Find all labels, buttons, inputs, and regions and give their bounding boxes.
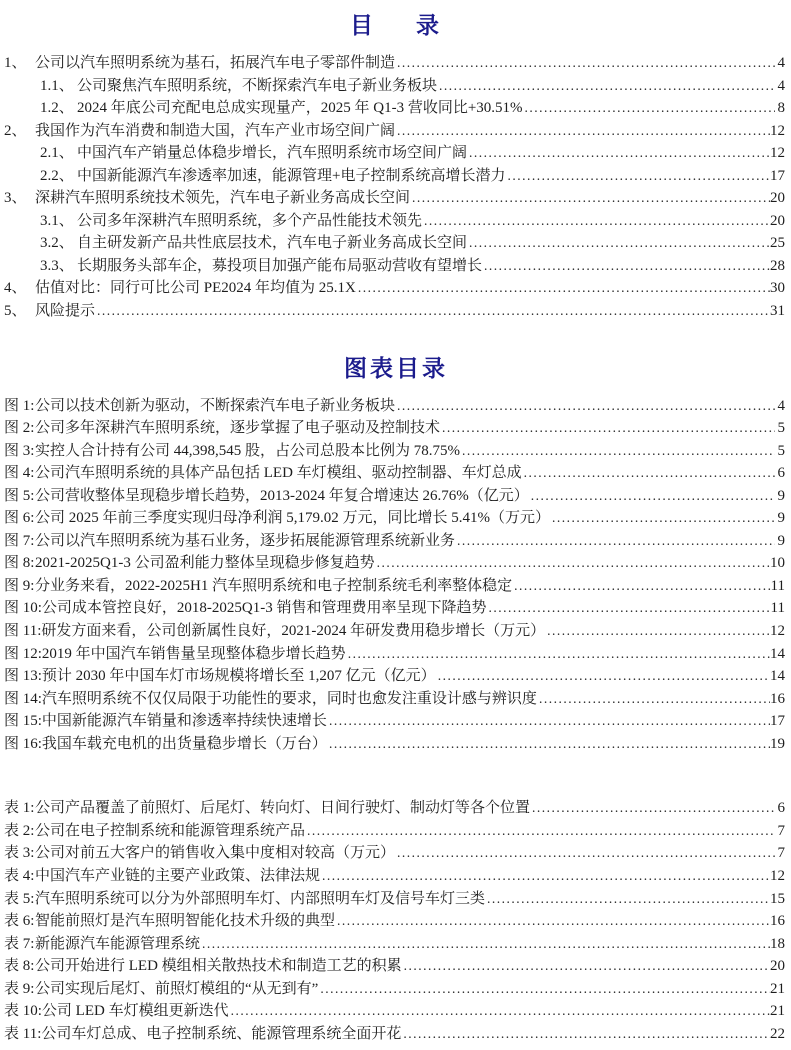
entry-title: 公司实现后尾灯、前照灯模组的“从无到有”	[35, 978, 318, 1001]
toc-entry[interactable]: 4、 估值对比：同行可比公司 PE2024 年均值为 25.1X 30	[4, 277, 785, 300]
entry-page-number: 31	[770, 300, 785, 323]
dot-leader	[412, 187, 770, 210]
entry-number: 1.2、	[40, 97, 77, 120]
entry-page-number: 15	[770, 888, 785, 911]
entry-page-number: 8	[775, 97, 785, 120]
entry-title: 我国车载充电机的出货量稳步增长（万台）	[42, 733, 327, 756]
entry-number: 2.1、	[40, 142, 77, 165]
dot-leader	[469, 232, 770, 255]
entry-title: 自主研发新产品共性底层技术，汽车电子新业务高成长空间	[77, 232, 467, 255]
toc-entry[interactable]: 3、 深耕汽车照明系统技术领先，汽车电子新业务高成长空间 20	[4, 187, 785, 210]
entry-number: 图 12:	[4, 643, 42, 666]
toc-entry[interactable]: 2.2、 中国新能源汽车渗透率加速，能源管理+电子控制系统高增长潜力 17	[4, 165, 785, 188]
entry-title: 估值对比：同行可比公司 PE2024 年均值为 25.1X	[35, 277, 356, 300]
entry-title: 中国新能源汽车销量和渗透率持续快速增长	[42, 710, 327, 733]
toc-entry[interactable]: 图 13: 预计 2030 年中国车灯市场规模将增长至 1,207 亿元（亿元）…	[4, 665, 785, 688]
dot-leader	[329, 710, 770, 733]
report-toc-page: 目 录 1、 公司以汽车照明系统为基石，拓展汽车电子零部件制造 4 1.1、 公…	[0, 0, 791, 1045]
entry-number: 表 6:	[4, 910, 35, 933]
dot-leader	[397, 52, 775, 75]
entry-page-number: 20	[770, 955, 785, 978]
entry-number: 3、	[4, 187, 35, 210]
entry-number: 图 3:	[4, 440, 35, 463]
entry-title: 公司对前五大客户的销售收入集中度相对较高（万元）	[35, 842, 395, 865]
dot-leader	[231, 1000, 770, 1023]
entry-title: 公司汽车照明系统的具体产品包括 LED 车灯模组、驱动控制器、车灯总成	[35, 462, 522, 485]
entry-number: 5、	[4, 300, 35, 323]
dot-leader	[547, 620, 770, 643]
toc-entry[interactable]: 表 9: 公司实现后尾灯、前照灯模组的“从无到有” 21	[4, 978, 785, 1001]
entry-title: 风险提示	[35, 300, 95, 323]
entry-title: 公司营收整体呈现稳步增长趋势，2013-2024 年复合增速达 26.76%（亿…	[35, 485, 529, 508]
entry-number: 4、	[4, 277, 35, 300]
entry-page-number: 4	[775, 395, 785, 418]
entry-number: 图 16:	[4, 733, 42, 756]
entry-title: 公司车灯总成、电子控制系统、能源管理系统全面开花	[41, 1023, 401, 1046]
entry-title: 中国汽车产业链的主要产业政策、法律法规	[35, 865, 320, 888]
entry-title: 2024 年底公司充配电总成实现量产，2025 年 Q1-3 营收同比+30.5…	[77, 97, 523, 120]
entry-number: 图 15:	[4, 710, 42, 733]
entry-title: 2021-2025Q1-3 公司盈利能力整体呈现稳步修复趋势	[35, 552, 375, 575]
dot-leader	[337, 910, 770, 933]
entry-title: 公司成本管控良好，2018-2025Q1-3 销售和管理费用率呈现下降趋势	[42, 597, 487, 620]
entry-page-number: 30	[770, 277, 785, 300]
entry-title: 公司多年深耕汽车照明系统，逐步掌握了电子驱动及控制技术	[35, 417, 440, 440]
toc-entry[interactable]: 表 5: 汽车照明系统可以分为外部照明车灯、内部照明车灯及信号车灯三类 15	[4, 888, 785, 911]
entry-title: 公司在电子控制系统和能源管理系统产品	[35, 820, 305, 843]
entry-page-number: 9	[775, 485, 785, 508]
dot-leader	[457, 530, 775, 553]
toc-entry[interactable]: 图 1: 公司以技术创新为驱动，不断探索汽车电子新业务板块 4	[4, 395, 785, 418]
entry-title: 公司以技术创新为驱动，不断探索汽车电子新业务板块	[35, 395, 395, 418]
entry-title: 公司 LED 车灯模组更新迭代	[42, 1000, 229, 1023]
entry-number: 图 6:	[4, 507, 35, 530]
toc-entry[interactable]: 表 4: 中国汽车产业链的主要产业政策、法律法规 12	[4, 865, 785, 888]
dot-leader	[484, 255, 770, 278]
toc-entry[interactable]: 图 2: 公司多年深耕汽车照明系统，逐步掌握了电子驱动及控制技术 5	[4, 417, 785, 440]
entry-number: 图 8:	[4, 552, 35, 575]
dot-leader	[438, 665, 770, 688]
entry-page-number: 5	[775, 417, 785, 440]
entry-title: 2019 年中国汽车销售量呈现整体稳步增长趋势	[42, 643, 346, 666]
entry-number: 3.2、	[40, 232, 77, 255]
entry-title: 分业务来看，2022-2025H1 汽车照明系统和电子控制系统毛利率整体稳定	[35, 575, 512, 598]
dot-leader	[469, 142, 770, 165]
toc-entry[interactable]: 图 14: 汽车照明系统不仅仅局限于功能性的要求，同时也愈发注重设计感与辨识度 …	[4, 688, 785, 711]
entry-number: 2、	[4, 120, 35, 143]
entry-title: 公司聚焦汽车照明系统，不断探索汽车电子新业务板块	[77, 75, 437, 98]
entry-title: 中国新能源汽车渗透率加速，能源管理+电子控制系统高增长潜力	[77, 165, 505, 188]
entry-number: 表 4:	[4, 865, 35, 888]
entry-page-number: 11	[771, 597, 785, 620]
entry-page-number: 12	[770, 142, 785, 165]
dot-leader	[397, 120, 770, 143]
entry-title: 公司开始进行 LED 模组相关散热技术和制造工艺的积累	[35, 955, 402, 978]
entry-page-number: 7	[775, 842, 785, 865]
toc-entry[interactable]: 3.3、 长期服务头部车企，募投项目加强产能布局驱动营收有望增长 28	[4, 255, 785, 278]
entry-page-number: 21	[770, 978, 785, 1001]
toc-entry[interactable]: 图 4: 公司汽车照明系统的具体产品包括 LED 车灯模组、驱动控制器、车灯总成…	[4, 462, 785, 485]
entry-number: 表 11:	[4, 1023, 41, 1046]
entry-number: 表 5:	[4, 888, 35, 911]
entry-page-number: 25	[770, 232, 785, 255]
dot-leader	[531, 485, 775, 508]
dot-leader	[552, 507, 775, 530]
toc-entry[interactable]: 1、 公司以汽车照明系统为基石，拓展汽车电子零部件制造 4	[4, 52, 785, 75]
toc-entry[interactable]: 1.2、 2024 年底公司充配电总成实现量产，2025 年 Q1-3 营收同比…	[4, 97, 785, 120]
entry-title: 研发方面来看，公司创新属性良好，2021-2024 年研发费用稳步增长（万元）	[41, 620, 545, 643]
entry-number: 图 14:	[4, 688, 42, 711]
entry-page-number: 14	[770, 665, 785, 688]
dot-leader	[404, 955, 770, 978]
dot-leader	[97, 300, 770, 323]
dot-leader	[532, 797, 775, 820]
entry-page-number: 16	[770, 688, 785, 711]
toc-entry[interactable]: 表 7: 新能源汽车能源管理系统 18	[4, 933, 785, 956]
entry-title: 新能源汽车能源管理系统	[35, 933, 200, 956]
toc-entry[interactable]: 表 8: 公司开始进行 LED 模组相关散热技术和制造工艺的积累 20	[4, 955, 785, 978]
entry-number: 3.3、	[40, 255, 77, 278]
entry-page-number: 17	[770, 710, 785, 733]
entry-title: 深耕汽车照明系统技术领先，汽车电子新业务高成长空间	[35, 187, 410, 210]
toc-entry[interactable]: 5、 风险提示 31	[4, 300, 785, 323]
entry-number: 1、	[4, 52, 35, 75]
entry-title: 长期服务头部车企，募投项目加强产能布局驱动营收有望增长	[77, 255, 482, 278]
toc-entry[interactable]: 表 3: 公司对前五大客户的销售收入集中度相对较高（万元） 7	[4, 842, 785, 865]
dot-leader	[377, 552, 770, 575]
entry-page-number: 22	[770, 1023, 785, 1046]
dot-leader	[439, 75, 775, 98]
entry-title: 汽车照明系统不仅仅局限于功能性的要求，同时也愈发注重设计感与辨识度	[42, 688, 537, 711]
dot-leader	[489, 597, 771, 620]
entry-page-number: 12	[770, 620, 785, 643]
entry-title: 公司以汽车照明系统为基石，拓展汽车电子零部件制造	[35, 52, 395, 75]
entry-number: 2.2、	[40, 165, 77, 188]
entry-number: 表 8:	[4, 955, 35, 978]
entry-title: 公司以汽车照明系统为基石业务，逐步拓展能源管理系统新业务	[35, 530, 455, 553]
entry-number: 表 10:	[4, 1000, 42, 1023]
entry-number: 图 4:	[4, 462, 35, 485]
toc-entry[interactable]: 图 12: 2019 年中国汽车销售量呈现整体稳步增长趋势 14	[4, 643, 785, 666]
entry-number: 表 1:	[4, 797, 35, 820]
entry-title: 公司 2025 年前三季度实现归母净利润 5,179.02 万元，同比增长 5.…	[35, 507, 550, 530]
entry-number: 表 3:	[4, 842, 35, 865]
figure-list: 图 1: 公司以技术创新为驱动，不断探索汽车电子新业务板块 4 图 2: 公司多…	[4, 395, 785, 756]
entry-page-number: 10	[770, 552, 785, 575]
dot-leader	[524, 462, 775, 485]
entry-title: 汽车照明系统可以分为外部照明车灯、内部照明车灯及信号车灯三类	[35, 888, 485, 911]
figures-heading: 图表目录	[4, 356, 785, 382]
entry-number: 表 9:	[4, 978, 35, 1001]
dot-leader	[397, 395, 775, 418]
dot-leader	[424, 210, 770, 233]
entry-number: 3.1、	[40, 210, 77, 233]
entry-title: 智能前照灯是汽车照明智能化技术升级的典型	[35, 910, 335, 933]
dot-leader	[322, 865, 770, 888]
entry-page-number: 28	[770, 255, 785, 278]
entry-page-number: 17	[770, 165, 785, 188]
entry-number: 图 7:	[4, 530, 35, 553]
entry-title: 实控人合计持有公司 44,398,545 股，占公司总股本比例为 78.75%	[35, 440, 460, 463]
toc-entry[interactable]: 1.1、 公司聚焦汽车照明系统，不断探索汽车电子新业务板块 4	[4, 75, 785, 98]
entry-page-number: 16	[770, 910, 785, 933]
dot-leader	[539, 688, 770, 711]
dot-leader	[397, 842, 775, 865]
dot-leader	[403, 1023, 770, 1046]
dot-leader	[442, 417, 775, 440]
toc-entry[interactable]: 2.1、 中国汽车产销量总体稳步增长，汽车照明系统市场空间广阔 12	[4, 142, 785, 165]
entry-title: 公司多年深耕汽车照明系统，多个产品性能技术领先	[77, 210, 422, 233]
toc-entry[interactable]: 2、 我国作为汽车消费和制造大国，汽车产业市场空间广阔 12	[4, 120, 785, 143]
toc-entry[interactable]: 图 11: 研发方面来看，公司创新属性良好，2021-2024 年研发费用稳步增…	[4, 620, 785, 643]
entry-page-number: 6	[775, 462, 785, 485]
dot-leader	[358, 277, 770, 300]
table-list: 表 1: 公司产品覆盖了前照灯、后尾灯、转向灯、日间行驶灯、制动灯等各个位置 6…	[4, 797, 785, 1045]
toc-entry[interactable]: 3.1、 公司多年深耕汽车照明系统，多个产品性能技术领先 20	[4, 210, 785, 233]
toc-entry[interactable]: 图 7: 公司以汽车照明系统为基石业务，逐步拓展能源管理系统新业务 9	[4, 530, 785, 553]
entry-number: 1.1、	[40, 75, 77, 98]
toc-entry[interactable]: 表 1: 公司产品覆盖了前照灯、后尾灯、转向灯、日间行驶灯、制动灯等各个位置 6	[4, 797, 785, 820]
toc-entry[interactable]: 表 11: 公司车灯总成、电子控制系统、能源管理系统全面开花 22	[4, 1023, 785, 1046]
dot-leader	[202, 933, 770, 956]
dot-leader	[514, 575, 770, 598]
dot-leader	[307, 820, 775, 843]
entry-number: 图 11:	[4, 620, 41, 643]
toc-heading: 目 录	[4, 13, 785, 39]
entry-page-number: 7	[775, 820, 785, 843]
toc-list: 1、 公司以汽车照明系统为基石，拓展汽车电子零部件制造 4 1.1、 公司聚焦汽…	[4, 52, 785, 323]
entry-number: 图 2:	[4, 417, 35, 440]
toc-entry[interactable]: 图 9: 分业务来看，2022-2025H1 汽车照明系统和电子控制系统毛利率整…	[4, 575, 785, 598]
toc-entry[interactable]: 表 10: 公司 LED 车灯模组更新迭代 21	[4, 1000, 785, 1023]
toc-entry[interactable]: 表 2: 公司在电子控制系统和能源管理系统产品 7	[4, 820, 785, 843]
entry-number: 表 2:	[4, 820, 35, 843]
entry-page-number: 9	[775, 530, 785, 553]
entry-page-number: 21	[770, 1000, 785, 1023]
entry-page-number: 18	[770, 933, 785, 956]
toc-entry[interactable]: 图 6: 公司 2025 年前三季度实现归母净利润 5,179.02 万元，同比…	[4, 507, 785, 530]
entry-title: 预计 2030 年中国车灯市场规模将增长至 1,207 亿元（亿元）	[42, 665, 436, 688]
entry-page-number: 11	[771, 575, 785, 598]
dot-leader	[462, 440, 775, 463]
entry-page-number: 6	[775, 797, 785, 820]
entry-number: 表 7:	[4, 933, 35, 956]
toc-entry[interactable]: 图 16: 我国车载充电机的出货量稳步增长（万台） 19	[4, 733, 785, 756]
dot-leader	[348, 643, 770, 666]
entry-page-number: 20	[770, 187, 785, 210]
entry-title: 中国汽车产销量总体稳步增长，汽车照明系统市场空间广阔	[77, 142, 467, 165]
toc-entry[interactable]: 图 8: 2021-2025Q1-3 公司盈利能力整体呈现稳步修复趋势 10	[4, 552, 785, 575]
dot-leader	[507, 165, 770, 188]
entry-title: 公司产品覆盖了前照灯、后尾灯、转向灯、日间行驶灯、制动灯等各个位置	[35, 797, 530, 820]
toc-entry[interactable]: 表 6: 智能前照灯是汽车照明智能化技术升级的典型 16	[4, 910, 785, 933]
toc-entry[interactable]: 图 5: 公司营收整体呈现稳步增长趋势，2013-2024 年复合增速达 26.…	[4, 485, 785, 508]
entry-title: 我国作为汽车消费和制造大国，汽车产业市场空间广阔	[35, 120, 395, 143]
toc-entry[interactable]: 图 15: 中国新能源汽车销量和渗透率持续快速增长 17	[4, 710, 785, 733]
entry-page-number: 20	[770, 210, 785, 233]
entry-number: 图 13:	[4, 665, 42, 688]
entry-number: 图 10:	[4, 597, 42, 620]
entry-page-number: 5	[775, 440, 785, 463]
entry-page-number: 4	[775, 75, 785, 98]
dot-leader	[487, 888, 770, 911]
toc-entry[interactable]: 图 10: 公司成本管控良好，2018-2025Q1-3 销售和管理费用率呈现下…	[4, 597, 785, 620]
entry-page-number: 19	[770, 733, 785, 756]
toc-entry[interactable]: 3.2、 自主研发新产品共性底层技术，汽车电子新业务高成长空间 25	[4, 232, 785, 255]
entry-number: 图 1:	[4, 395, 35, 418]
toc-entry[interactable]: 图 3: 实控人合计持有公司 44,398,545 股，占公司总股本比例为 78…	[4, 440, 785, 463]
entry-number: 图 5:	[4, 485, 35, 508]
entry-page-number: 9	[775, 507, 785, 530]
dot-leader	[329, 733, 770, 756]
dot-leader	[320, 978, 770, 1001]
entry-page-number: 12	[770, 865, 785, 888]
dot-leader	[525, 97, 775, 120]
entry-page-number: 14	[770, 643, 785, 666]
entry-page-number: 4	[775, 52, 785, 75]
entry-page-number: 12	[770, 120, 785, 143]
entry-number: 图 9:	[4, 575, 35, 598]
